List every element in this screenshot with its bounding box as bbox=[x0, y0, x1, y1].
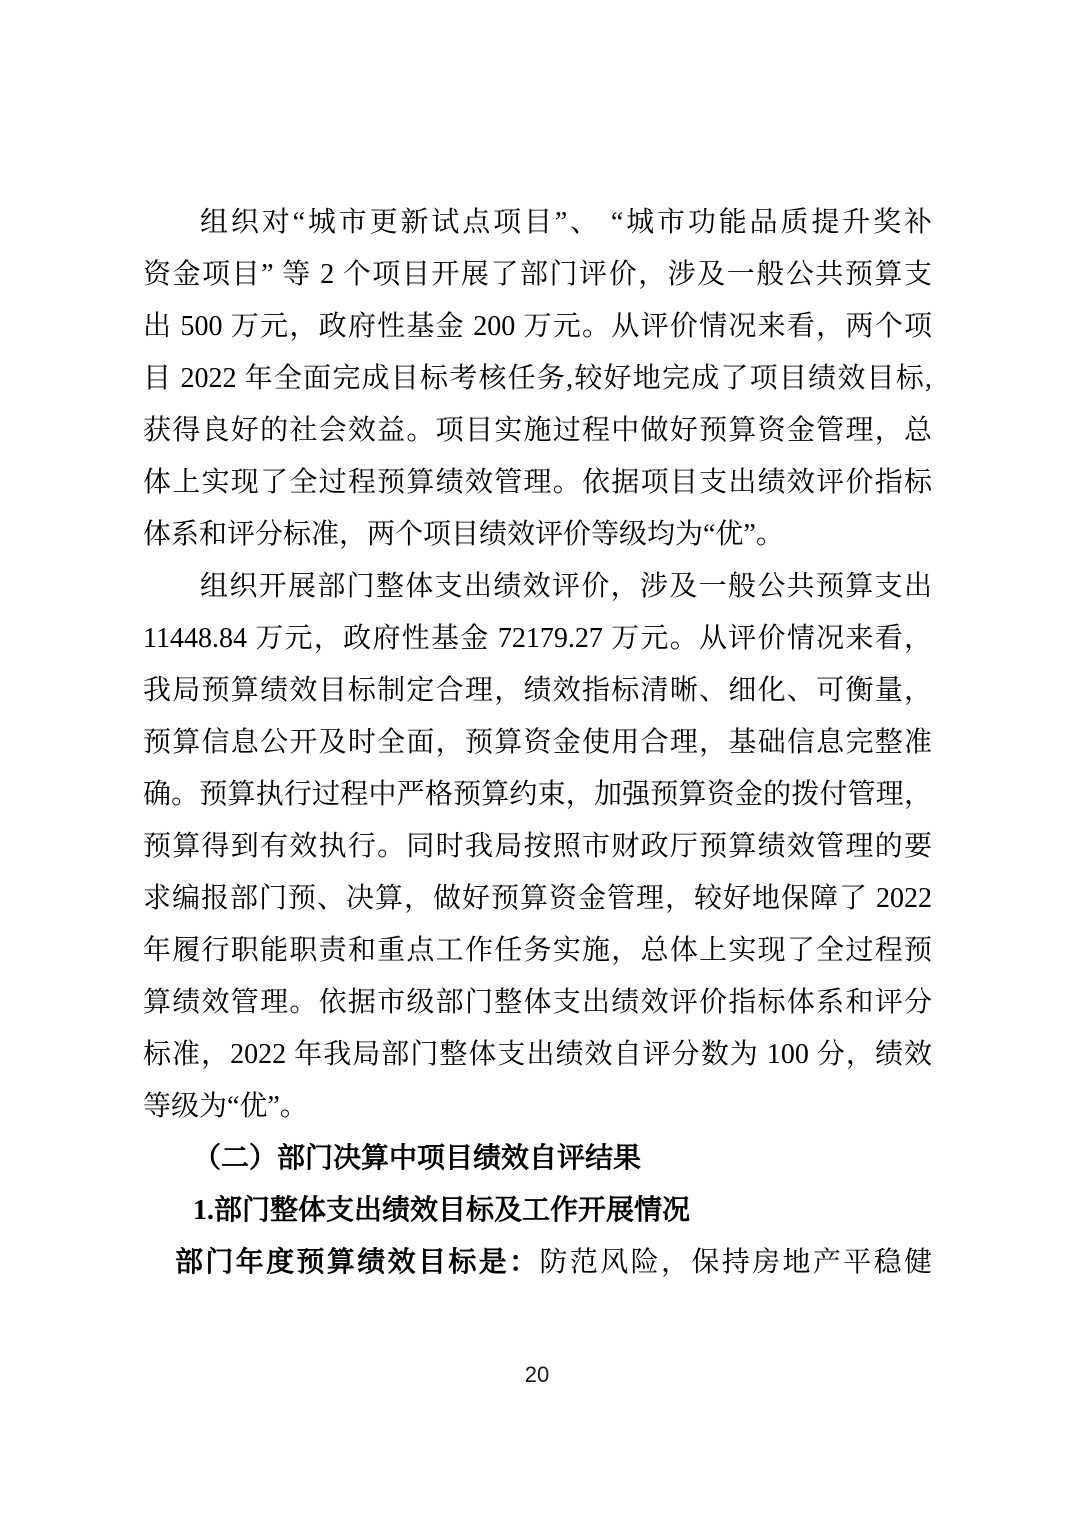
body-line: 组织对“城市更新试点项目”、 “城市功能品质提升奖补 bbox=[143, 197, 932, 249]
body-line: 预算信息公开及时全面，预算资金使用合理，基础信息完整准 bbox=[143, 717, 932, 769]
body-line: 预算得到有效执行。同时我局按照市财政厅预算绩效管理的要 bbox=[143, 821, 932, 873]
body-line: 体上实现了全过程预算绩效管理。依据项目支出绩效评价指标 bbox=[143, 457, 932, 509]
subsection-heading: 1.部门整体支出绩效目标及工作开展情况 bbox=[143, 1185, 932, 1237]
page-number: 20 bbox=[0, 1361, 1074, 1389]
body-line: 等级为“优”。 bbox=[143, 1081, 932, 1133]
body-line: 确。预算执行过程中严格预算约束，加强预算资金的拨付管理， bbox=[143, 769, 932, 821]
section-heading: （二）部门决算中项目绩效自评结果 bbox=[143, 1133, 932, 1185]
body-line: 我局预算绩效目标制定合理，绩效指标清晰、细化、可衡量， bbox=[143, 665, 932, 717]
body-line: 算绩效管理。依据市级部门整体支出绩效评价指标体系和评分 bbox=[143, 977, 932, 1029]
body-line: 获得良好的社会效益。项目实施过程中做好预算资金管理，总 bbox=[143, 405, 932, 457]
body-line: 年履行职能职责和重点工作任务实施，总体上实现了全过程预 bbox=[143, 925, 932, 977]
body-line: 组织开展部门整体支出绩效评价，涉及一般公共预算支出 bbox=[143, 561, 932, 613]
body-line: 目 2022 年全面完成目标考核任务,较好地完成了项目绩效目标, bbox=[143, 353, 932, 405]
document-page: 组织对“城市更新试点项目”、 “城市功能品质提升奖补 资金项目” 等 2 个项目… bbox=[0, 0, 1074, 1520]
body-line: 部门年度预算绩效目标是：防范风险，保持房地产平稳健 bbox=[143, 1237, 932, 1289]
body-line: 标准，2022 年我局部门整体支出绩效自评分数为 100 分，绩效 bbox=[143, 1029, 932, 1081]
inline-heading: 部门年度预算绩效目标是： bbox=[175, 1247, 540, 1278]
body-line: 求编报部门预、决算，做好预算资金管理，较好地保障了 2022 bbox=[143, 873, 932, 925]
body-line: 11448.84 万元，政府性基金 72179.27 万元。从评价情况来看， bbox=[143, 613, 932, 665]
body-text: 防范风险，保持房地产平稳健 bbox=[540, 1247, 933, 1278]
body-line: 体系和评分标准，两个项目绩效评价等级均为“优”。 bbox=[143, 509, 932, 561]
body-line: 资金项目” 等 2 个项目开展了部门评价，涉及一般公共预算支 bbox=[143, 249, 932, 301]
body-line: 出 500 万元，政府性基金 200 万元。从评价情况来看，两个项 bbox=[143, 301, 932, 353]
document-body: 组织对“城市更新试点项目”、 “城市功能品质提升奖补 资金项目” 等 2 个项目… bbox=[143, 197, 932, 1289]
